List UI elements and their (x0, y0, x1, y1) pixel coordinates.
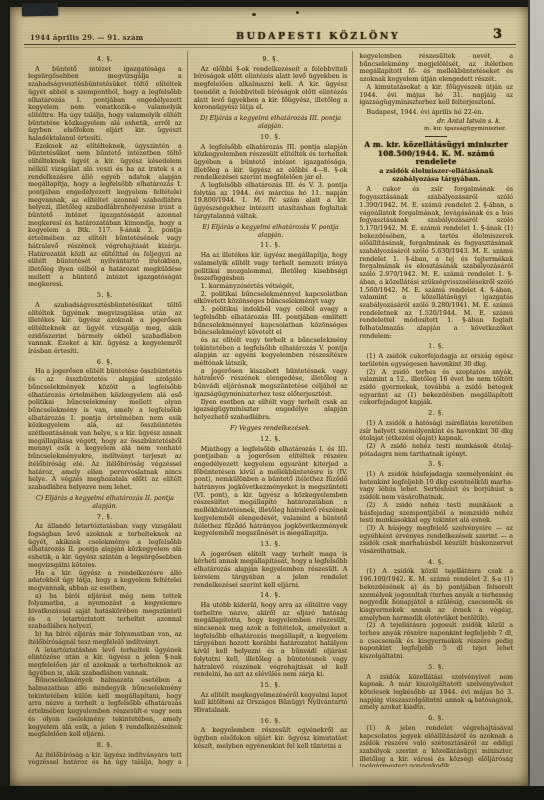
paragraph: (1) A jelen rendelet végrehajtásával kap… (359, 725, 513, 767)
masthead-rule (24, 44, 516, 48)
paragraph: A zsidók közellátási szelvényívet nem ka… (359, 674, 513, 713)
section-heading: 15. §. (194, 682, 348, 690)
paragraph: 2. politikai bűncselekménnyel kapcsolatb… (194, 291, 348, 306)
paragraph: a) ha bírói eljárást még nem tettek foly… (28, 593, 182, 632)
scan-corner-marker (22, 3, 58, 17)
paragraph: A legfelsőbb elhatározás III. és V. 3. p… (194, 182, 348, 221)
scan-edge-right (528, 0, 544, 800)
scan-edge-bottom (0, 786, 544, 800)
section-heading: 5. §. (28, 292, 182, 300)
paragraph: (2) A zsidó nehéz testi munkások étolaj-… (359, 443, 513, 458)
paragraph: b) ha bírói eljárás már folyamatban van,… (28, 631, 182, 646)
paragraph: (2) A tejellátásra jogosult zsidók közül… (359, 622, 513, 661)
paragraph: (1) A zsidók cukorfejadagja az ország eg… (359, 353, 513, 368)
paragraph: (1) A zsidók húsfejadagja személyenkint … (359, 471, 513, 502)
decree-title: A m. kir. közellátásügyi miniszter 108.5… (359, 141, 513, 167)
column-right: kegyelemben részesültek nevét, a bűncsel… (352, 51, 518, 767)
paragraph: A kegyelemben részesült egyénekről az üg… (194, 727, 348, 750)
section-heading: 11. §. (194, 242, 348, 250)
text-columns: 4. §.A büntető intézet igazgatósága a le… (22, 51, 518, 767)
paragraph: Ha a jogerősen elítélt büntetése összbün… (28, 368, 182, 491)
section-heading: 1. §. (359, 343, 513, 351)
page-number: 3 (493, 27, 512, 42)
section-heading: 7. §. (28, 514, 182, 522)
section-heading: 4. §. (359, 559, 513, 567)
signature-role: m. kir. igazságügyminiszter. (359, 126, 513, 134)
paragraph: A legfelsőbb elhatározás III. pontja ala… (194, 144, 348, 183)
paragraph: A cukor és zsír forgalmának és fogyasztá… (359, 186, 513, 340)
paragraph: Az ítélőbíróság a kir. ügyész indítványá… (28, 752, 182, 767)
section-heading: 5. §. (359, 664, 513, 672)
section-heading: 9. §. (194, 56, 348, 64)
section-heading: 16. §. (194, 718, 348, 726)
paragraph: Minthogy a legfelsőbb elhatározás I. és … (194, 446, 348, 538)
paragraph: 3. politikai indokból vagy célból avagy … (194, 306, 348, 337)
scan-speck (296, 11, 299, 14)
column-middle: 9. §.Az előbbi §-ok rendelkezéseit a fel… (187, 51, 353, 767)
paragraph: Ha az illetékes kir. ügyész megállapítja… (194, 252, 348, 283)
paragraph: A szabadságvesztésbüntetésüket töltő elí… (28, 302, 182, 356)
section-heading: 3. §. (359, 461, 513, 469)
paragraph: Az állandó letartóztatásban vagy vizsgál… (28, 523, 182, 569)
subsection-label: D) Eljárás a kegyelmi elhatározás III. p… (200, 115, 342, 130)
paragraph: A büntető intézet igazgatósága a legsürg… (28, 66, 182, 143)
gazette-title: BUDAPESTI KÖZLÖNY (236, 31, 400, 42)
section-heading: 4. §. (28, 56, 182, 64)
section-heading: 10. §. (194, 134, 348, 142)
paragraph: (1) A zsidók a hatósági zsírellátás kere… (359, 420, 513, 443)
section-heading: 2. §. (359, 410, 513, 418)
paragraph: (3) A húsjegy megfelelő szelvényeire — a… (359, 525, 513, 556)
section-heading: 13. §. (194, 541, 348, 549)
subsection-label: F) Vegyes rendelkezések. (200, 425, 342, 433)
section-heading: 12. §. (194, 436, 348, 444)
paragraph: Az előbbi §-ok rendelkezéseit a felebbvi… (194, 66, 348, 112)
scan-speck (470, 700, 473, 703)
section-heading: 14. §. (194, 592, 348, 600)
paragraph: és az elítélt vagy terhelt a bűncselekmé… (194, 337, 348, 368)
subsection-label: C) Eljárás a kegyelmi elhatározás II. po… (34, 495, 176, 510)
paragraph: (2) A zsidó nehéz testi munkások a húsfe… (359, 502, 513, 525)
decree-subtitle: a zsidók élelmiszer-ellátásának szabályo… (363, 168, 509, 184)
paragraph: A letartóztatásban levő terheltek ügyéne… (28, 647, 182, 678)
date-line: Budapest, 1944. évi április hó 22-én. (359, 109, 513, 117)
paragraph: a jogerősen kiszabott büntetésnek vagy h… (194, 368, 348, 399)
paragraph: A jogerősen elítélt vagy terhelt maga is… (194, 551, 348, 590)
paragraph: Ha utóbb kiderül, hogy arra az elítéltre… (194, 602, 348, 679)
scan-edge-left (0, 0, 10, 800)
column-left: 4. §.A büntető intézet igazgatósága a le… (22, 51, 187, 767)
issue-date: 1944 április 29. — 91. szám (30, 33, 143, 42)
paragraph: Ilyen esetben az elítélt vagy terhelt cs… (194, 399, 348, 422)
paragraph: Ezeknek az elítélteknek, úgyszintén a bü… (28, 143, 182, 289)
paragraph: Bűncselekmények halmazata esetében a hal… (28, 677, 182, 739)
paragraph: Az elítélt megkegyelmezéséről kegyelmi l… (194, 692, 348, 715)
signature-name: dr. Antal István s. k. (359, 118, 513, 126)
scan-speck (252, 13, 256, 16)
paragraph: 1. kormányzósértés vétségét, (194, 283, 348, 291)
subsection-label: E) Eljárás a kegyelmi elhatározás V. pon… (200, 224, 342, 239)
paragraph: A kimutatásokat a kir. főügyészek útján … (359, 84, 513, 107)
paragraph: (2) A zsidó terhes és szoptatós anyák, v… (359, 369, 513, 408)
section-heading: 8. §. (28, 742, 182, 750)
newspaper-page: 1944 április 29. — 91. szám BUDAPESTI KÖ… (10, 7, 528, 786)
paragraph: (1) A zsidók közül tejellátásra csak a 1… (359, 568, 513, 622)
masthead: 1944 április 29. — 91. szám BUDAPESTI KÖ… (22, 15, 518, 43)
scan-edge-top (0, 0, 544, 7)
section-heading: 6. §. (28, 359, 182, 367)
paragraph: Ha a kir. ügyész a rendelkezésre álló ad… (28, 570, 182, 593)
paragraph-continued: kegyelemben részesültek nevét, a bűncsel… (359, 53, 513, 84)
scanned-gazette-page: 1944 április 29. — 91. szám BUDAPESTI KÖ… (0, 0, 544, 800)
signature-rule (425, 136, 447, 137)
section-heading: 6. §. (359, 715, 513, 723)
